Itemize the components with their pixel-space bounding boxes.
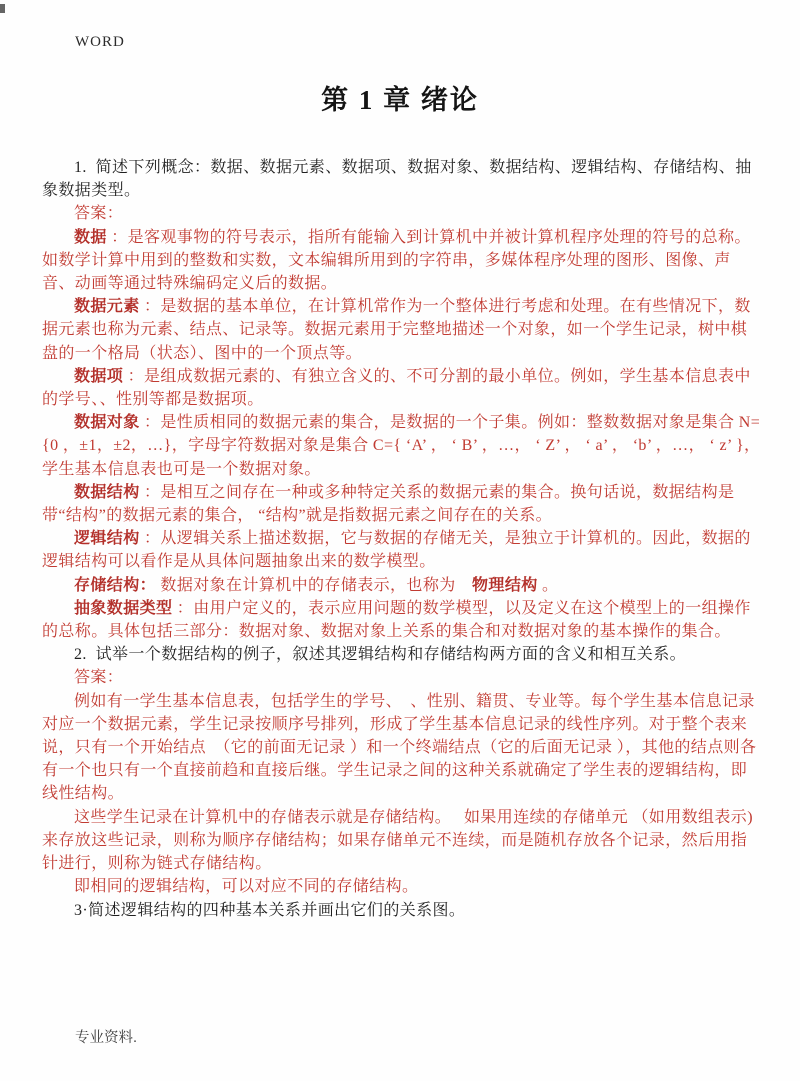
answer-label-2: 答案： [42,666,762,689]
definition-text: ：是数据的基本单位，在计算机常作为一个整体进行考虑和处理。在有些情况下，数据元素… [42,298,751,361]
definition-text: ：是相互之间存在一种或多种特定关系的数据元素的集合。换句话说，数据结构是带“结构… [42,484,734,524]
page-header-text: WORD [0,0,800,51]
definition-logical-structure: 逻辑结构 ：从逻辑关系上描述数据，它与数据的存储无关，是独立于计算机的。因此，数… [42,527,762,573]
definition-text: ：是性质相同的数据元素的集合，是数据的一个子集。例如：整数数据对象是集合 N={… [42,414,760,477]
definition-term: 存储结构： [74,577,156,594]
definition-data-element: 数据元素 ：是数据的基本单位，在计算机常作为一个整体进行考虑和处理。在有些情况下… [42,295,762,365]
definition-text: ：从逻辑关系上描述数据，它与数据的存储无关，是独立于计算机的。因此，数据的逻辑结… [42,530,751,570]
definition-term: 数据项 [74,368,123,385]
question-3: 3·简述逻辑结构的四种基本关系并画出它们的关系图。 [42,899,762,922]
definition-data-object: 数据对象 ：是性质相同的数据元素的集合，是数据的一个子集。例如：整数数据对象是集… [42,411,762,481]
definition-data: 数据 ：是客观事物的符号表示，指所有能输入到计算机中并被计算机程序处理的符号的总… [42,226,762,296]
document-page: WORD 第 1 章 绪论 1. 简述下列概念：数据、数据元素、数据项、数据对象… [0,0,800,1081]
definition-term-physical: 物理结构 [472,577,538,594]
definition-data-item: 数据项 ：是组成数据元素的、有独立含义的、不可分割的最小单位。例如，学生基本信息… [42,365,762,411]
question-1: 1. 简述下列概念：数据、数据元素、数据项、数据对象、数据结构、逻辑结构、存储结… [42,156,762,202]
definition-term: 抽象数据类型 [74,600,172,617]
page-footer-text: 专业资料. [75,1026,137,1047]
answer-2-paragraph-2: 这些学生记录在计算机中的存储表示就是存储结构。 如果用连续的存储单元 （如用数组… [42,806,762,876]
answer-2-paragraph-3: 即相同的逻辑结构，可以对应不同的存储结构。 [42,875,762,898]
definition-text: ：是组成数据元素的、有独立含义的、不可分割的最小单位。例如，学生基本信息表中的学… [42,368,751,408]
page-title: 第 1 章 绪论 [0,78,800,117]
question-2: 2. 试举一个数据结构的例子，叙述其逻辑结构和存储结构两方面的含义和相互关系。 [42,643,762,666]
answer-label-1: 答案： [42,202,762,225]
definition-data-structure: 数据结构 ：是相互之间存在一种或多种特定关系的数据元素的集合。换句话说，数据结构… [42,481,762,527]
definition-storage-structure: 存储结构： 数据对象在计算机中的存储表示，也称为 物理结构 。 [42,574,762,597]
definition-term: 数据对象 [74,414,140,431]
definition-term: 逻辑结构 [74,530,140,547]
document-body: 1. 简述下列概念：数据、数据元素、数据项、数据对象、数据结构、逻辑结构、存储结… [42,156,762,922]
definition-term: 数据元素 [74,298,140,315]
definition-term: 数据结构 [74,484,140,501]
definition-text: 数据对象在计算机中的存储表示，也称为 [156,577,472,594]
definition-term: 数据 [74,229,107,246]
definition-abstract-data-type: 抽象数据类型 ：由用户定义的，表示应用问题的数学模型，以及定义在这个模型上的一组… [42,597,762,643]
answer-2-paragraph-1: 例如有一学生基本信息表，包括学生的学号、 、性别、籍贯、专业等。每个学生基本信息… [42,690,762,806]
definition-tail: 。 [538,577,559,594]
scan-artifact [0,4,5,13]
definition-text: ：是客观事物的符号表示，指所有能输入到计算机中并被计算机程序处理的符号的总称。如… [42,229,751,292]
